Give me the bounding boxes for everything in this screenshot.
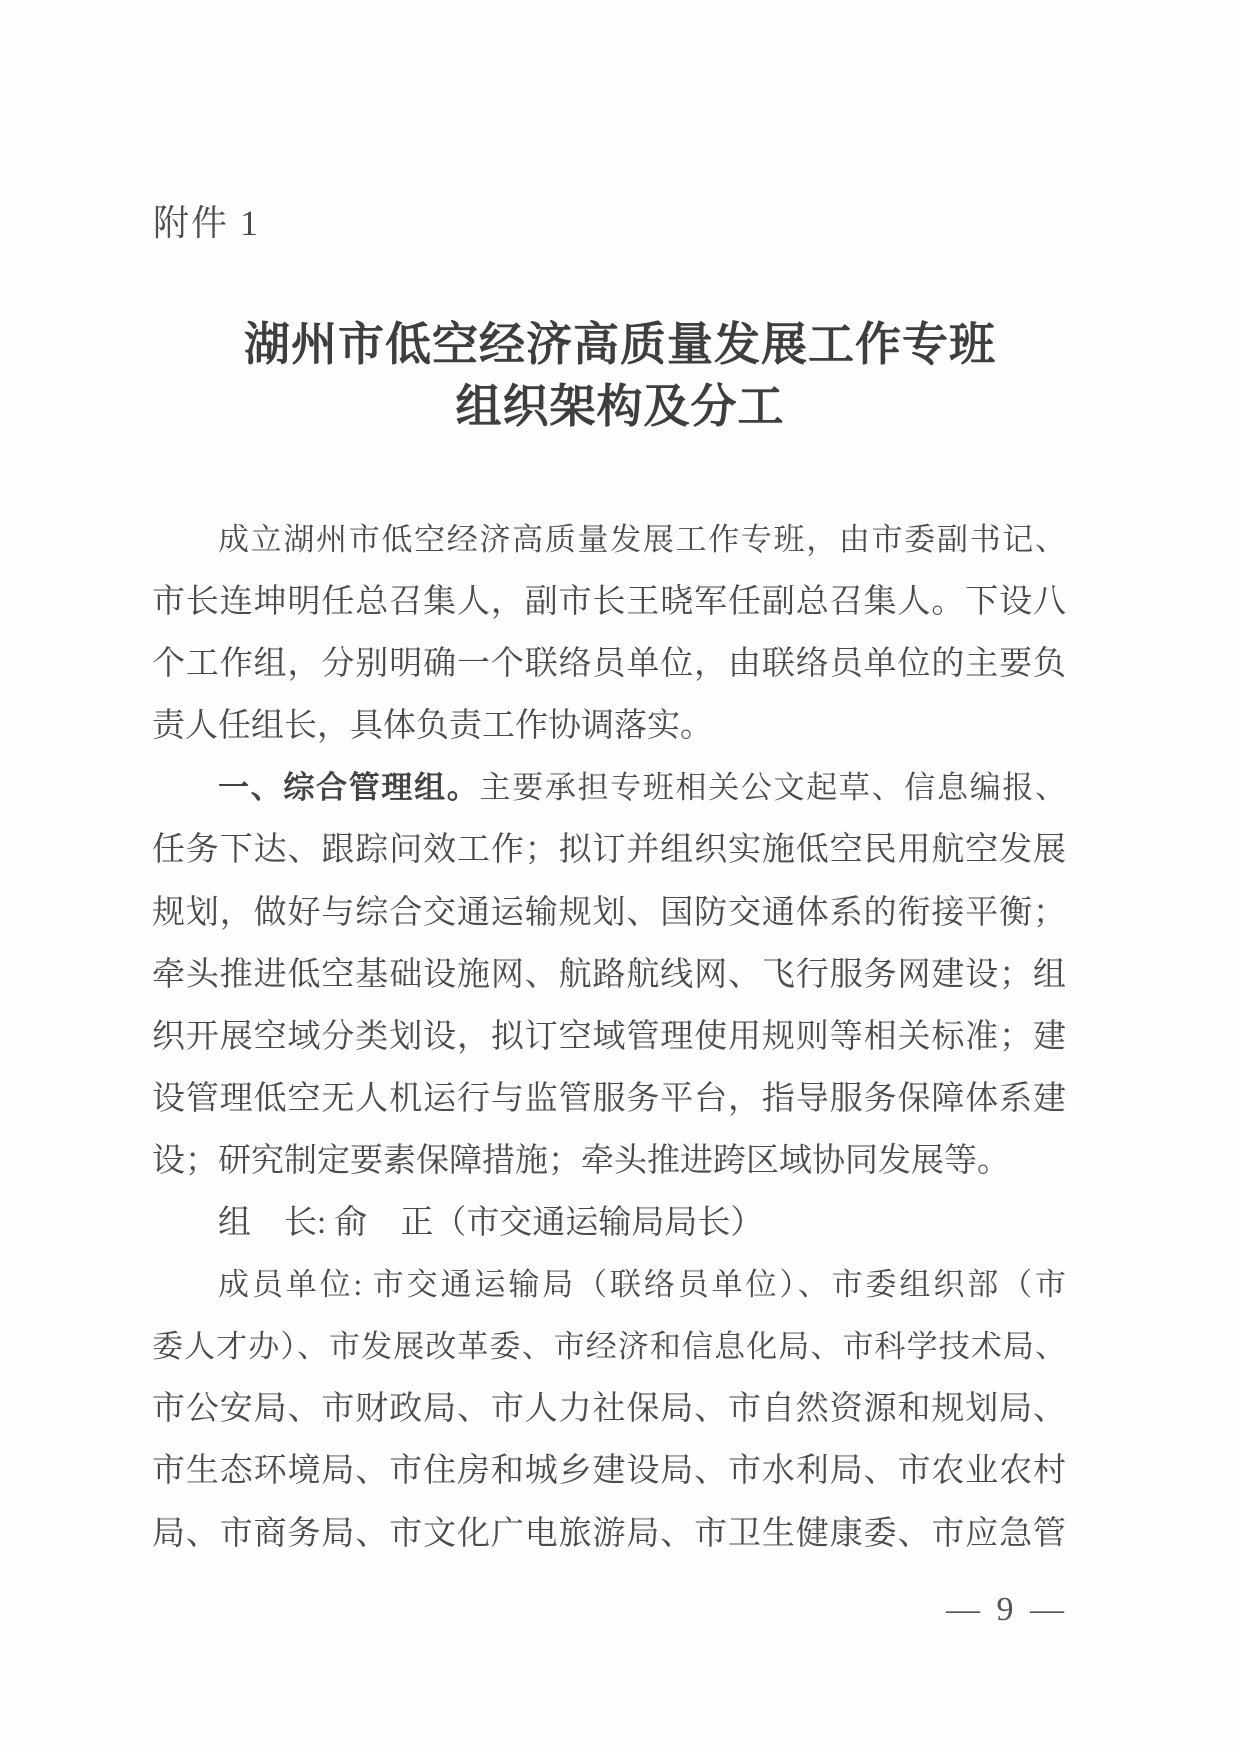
section-1-body-line-5: 设管理低空无人机运行与监管服务平台，指导服务保障体系建 [152,1068,1066,1130]
section-1-member-line-4: 市生态环境局、市住房和城乡建设局、市水利局、市农业农村 [152,1440,1066,1502]
section-1-heading: 一、综合管理组。 [218,770,479,805]
document-title-line1: 湖州市低空经济高质量发展工作专班 [0,314,1240,376]
section-1-member-line-3: 市公安局、市财政局、市人力社保局、市自然资源和规划局、 [152,1378,1066,1440]
section-1-heading-rest: 主要承担专班相关公文起草、信息编报、 [479,770,1066,805]
document-body: 成立湖州市低空经济高质量发展工作专班，由市委副书记、 市长连坤明任总召集人，副市… [152,509,1066,1565]
section-1-heading-line: 一、综合管理组。主要承担专班相关公文起草、信息编报、 [152,757,1066,819]
intro-line-2: 市长连坤明任总召集人，副市长王晓军任副总召集人。下设八 [152,571,1066,633]
section-1-body-line-1: 任务下达、跟踪问效工作；拟订并组织实施低空民用航空发展 [152,819,1066,881]
section-1-member-line-1: 成员单位: 市交通运输局（联络员单位）、市委组织部（市 [152,1254,1066,1316]
section-1-body-line-6: 设；研究制定要素保障措施；牵头推进跨区域协同发展等。 [152,1130,1066,1192]
section-1-body-line-2: 规划，做好与综合交通运输规划、国防交通体系的衔接平衡； [152,882,1066,944]
section-1-body-line-3: 牵头推进低空基础设施网、航路航线网、飞行服务网建设；组 [152,944,1066,1006]
section-1-member-line-5: 局、市商务局、市文化广电旅游局、市卫生健康委、市应急管 [152,1503,1066,1565]
document-page: 附件 1 湖州市低空经济高质量发展工作专班 组织架构及分工 成立湖州市低空经济高… [0,0,1240,1753]
intro-line-4: 责人任组长，具体负责工作协调落实。 [152,695,1066,757]
intro-line-3: 个工作组，分别明确一个联络员单位，由联络员单位的主要负 [152,633,1066,695]
section-1-body-line-4: 织开展空域分类划设，拟订空域管理使用规则等相关标准；建 [152,1006,1066,1068]
page-number: — 9 — [946,1588,1068,1632]
section-1-leader-line: 组 长: 俞 正（市交通运输局局长） [152,1192,1066,1254]
document-title: 湖州市低空经济高质量发展工作专班 组织架构及分工 [0,314,1240,438]
attachment-label: 附件 1 [153,200,260,246]
section-1-member-line-2: 委人才办）、市发展改革委、市经济和信息化局、市科学技术局、 [152,1316,1066,1378]
document-title-line2: 组织架构及分工 [0,376,1240,438]
intro-line-1: 成立湖州市低空经济高质量发展工作专班，由市委副书记、 [152,509,1066,571]
